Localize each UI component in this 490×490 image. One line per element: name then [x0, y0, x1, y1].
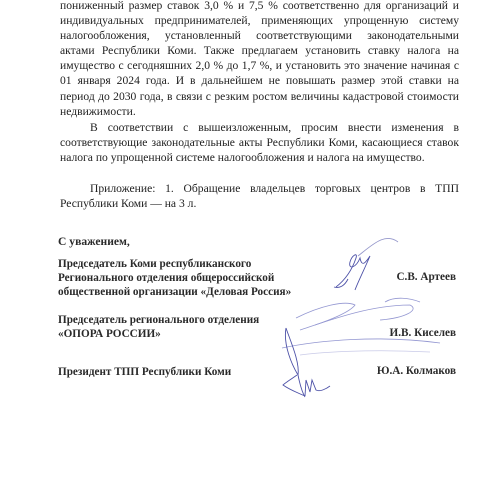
body-paragraph-request: В соответствии с вышеизложенным, просим …	[60, 120, 459, 165]
body-paragraph-proposal: пониженный размер ставок 3,0 % и 7,5 % с…	[60, 0, 459, 119]
title-line: Регионального отделения общероссийской	[58, 271, 291, 285]
signatory-name-arteev: С.В. Артеев	[396, 271, 456, 283]
attachment-note: Приложение: 1. Обращение владельцев торг…	[60, 181, 459, 211]
signatory-name-kolmakov: Ю.А. Колмаков	[377, 365, 456, 377]
title-line: Председатель регионального отделения	[58, 313, 259, 327]
title-line: «ОПОРА РОССИИ»	[58, 327, 259, 341]
signature-kolmakov	[283, 328, 330, 397]
title-line: Президент ТПП Республики Коми	[58, 365, 231, 379]
signatory-name-kiselev: И.В. Киселев	[390, 327, 456, 339]
closing-salutation: С уважением,	[58, 235, 130, 248]
signatory-title-delovaya-rossiya: Председатель Коми республиканского Регио…	[58, 257, 291, 299]
signatory-title-opora-rossii: Председатель регионального отделения «ОП…	[58, 313, 259, 341]
signature-arteev	[334, 238, 398, 290]
signatory-title-tpp-komi: Президент ТПП Республики Коми	[58, 365, 231, 379]
title-line: общественной организации «Деловая Россия…	[58, 285, 291, 299]
letter-page: пониженный размер ставок 3,0 % и 7,5 % с…	[0, 0, 490, 490]
title-line: Председатель Коми республиканского	[58, 257, 291, 271]
